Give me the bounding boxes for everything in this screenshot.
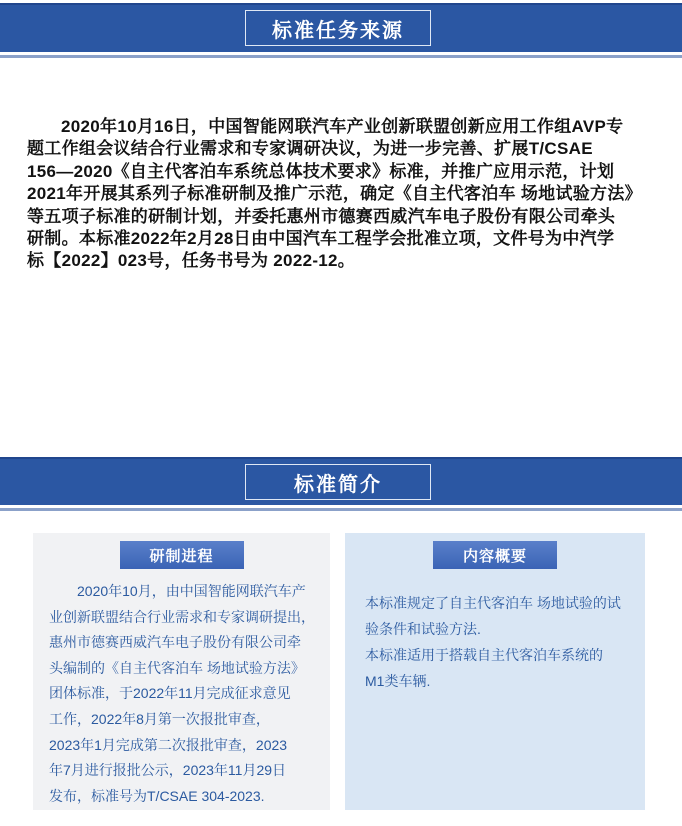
development-progress-text-line: 2023年1月完成第二次报批审查，2023 xyxy=(49,733,316,759)
content-summary-text-line: 本标准适用于搭载自主代客泊车系统的 xyxy=(365,642,629,668)
content-summary-text-line: M1类车辆. xyxy=(365,668,629,694)
development-progress-text-line: 业创新联盟结合行业需求和专家调研提出， xyxy=(49,605,316,631)
task-source-text-line: 标【2022】023号，任务书号为 2022-12。 xyxy=(27,250,659,272)
development-progress-badge: 研制进程 xyxy=(120,541,244,569)
development-progress-card: 研制进程 2020年10月，由中国智能网联汽车产业创新联盟结合行业需求和专家调研… xyxy=(33,533,330,810)
development-progress-text-line: 2020年10月，由中国智能网联汽车产 xyxy=(49,579,316,605)
content-summary-card: 内容概要 本标准规定了自主代客泊车 场地试验的试验条件和试验方法.本标准适用于搭… xyxy=(345,533,645,810)
development-progress-text-line: 工作，2022年8月第一次报批审查， xyxy=(49,707,316,733)
task-source-text-line: 题工作组会议结合行业需求和专家调研决议，为进一步完善、扩展T/CSAE xyxy=(27,138,659,160)
content-summary-text-line: 本标准规定了自主代客泊车 场地试验的试 xyxy=(365,590,629,616)
section-title-intro: 标准简介 xyxy=(294,468,382,497)
development-progress-text-line: 团体标准，于2022年11月完成征求意见 xyxy=(49,681,316,707)
section-title-task-source: 标准任务来源 xyxy=(272,14,404,43)
development-progress-text: 2020年10月，由中国智能网联汽车产业创新联盟结合行业需求和专家调研提出，惠州… xyxy=(49,579,316,809)
development-progress-text-line: 惠州市德赛西威汽车电子股份有限公司牵 xyxy=(49,630,316,656)
task-source-text-line: 2021年开展其系列子标准研制及推广示范，确定《自主代客泊车 场地试验方法》 xyxy=(27,183,659,205)
task-source-text-line: 研制。本标准2022年2月28日由中国汽车工程学会批准立项，文件号为中汽学 xyxy=(27,228,659,250)
content-summary-text-line: 验条件和试验方法. xyxy=(365,616,629,642)
content-summary-badge: 内容概要 xyxy=(433,541,557,569)
content-summary-badge-label: 内容概要 xyxy=(463,545,527,566)
section-title-box-intro: 标准简介 xyxy=(245,464,431,500)
task-source-paragraph: 2020年10月16日，中国智能网联汽车产业创新联盟创新应用工作组AVP专题工作… xyxy=(27,116,659,273)
development-progress-text-line: 年7月进行报批公示，2023年11月29日 xyxy=(49,758,316,784)
divider-line-intro xyxy=(0,508,682,511)
development-progress-text-line: 发布，标准号为T/CSAE 304-2023. xyxy=(49,784,316,810)
task-source-text-line: 156—2020《自主代客泊车系统总体技术要求》标准，并推广应用示范，计划 xyxy=(27,161,659,183)
content-summary-text: 本标准规定了自主代客泊车 场地试验的试验条件和试验方法.本标准适用于搭载自主代客… xyxy=(365,590,629,694)
task-source-text-line: 2020年10月16日，中国智能网联汽车产业创新联盟创新应用工作组AVP专 xyxy=(27,116,659,138)
task-source-text-line: 等五项子标准的研制计划，并委托惠州市德赛西威汽车电子股份有限公司牵头 xyxy=(27,206,659,228)
slide: 标准任务来源 2020年10月16日，中国智能网联汽车产业创新联盟创新应用工作组… xyxy=(0,0,682,826)
development-progress-badge-label: 研制进程 xyxy=(149,545,213,566)
development-progress-text-line: 头编制的《自主代客泊车 场地试验方法》 xyxy=(49,656,316,682)
divider-line-task-source xyxy=(0,55,682,58)
section-title-box-task-source: 标准任务来源 xyxy=(245,10,431,46)
